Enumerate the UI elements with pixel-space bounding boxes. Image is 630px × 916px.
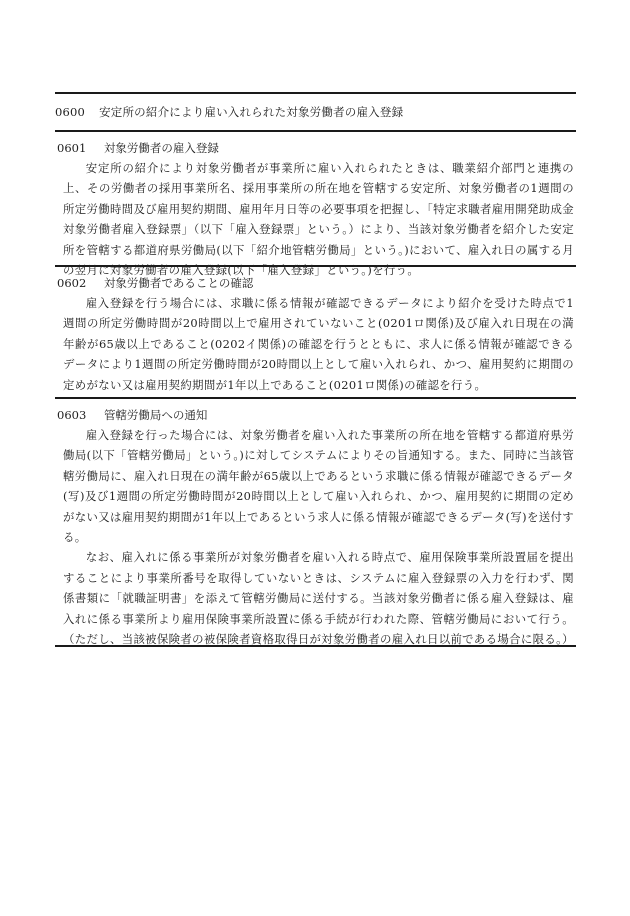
- section-0601: 0601 対象労働者の雇入登録 安定所の紹介により対象労働者が事業所に雇い入れら…: [55, 132, 576, 265]
- section-paragraph: 雇入登録を行う場合には、求職に係る情報が確認できるデータにより紹介を受けた時点で…: [55, 293, 576, 395]
- document-title: 0600 安定所の紹介により雇い入れられた対象労働者の雇入登録: [55, 94, 576, 130]
- section-heading: 0603 管轄労働局への通知: [55, 406, 576, 425]
- section-title: 対象労働者の雇入登録: [104, 141, 219, 155]
- section-code: 0601: [57, 141, 86, 155]
- section-title: 対象労働者であることの確認: [104, 276, 254, 290]
- section-paragraph: なお、雇入れに係る事業所が対象労働者を雇い入れる時点で、雇用保険事業所設置届を提…: [55, 547, 576, 649]
- title-code: 0600: [55, 105, 85, 119]
- section-title: 管轄労働局への通知: [104, 408, 208, 422]
- section-heading: 0601 対象労働者の雇入登録: [55, 139, 576, 158]
- section-paragraph: 雇入登録を行った場合には、対象労働者を雇い入れた事業所の所在地を管轄する都道府県…: [55, 425, 576, 547]
- section-code: 0603: [57, 408, 86, 422]
- document-page: 0600 安定所の紹介により雇い入れられた対象労働者の雇入登録 0601 対象労…: [55, 92, 576, 647]
- section-paragraph: 安定所の紹介により対象労働者が事業所に雇い入れられたときは、職業紹介部門と連携の…: [55, 158, 576, 280]
- section-0603: 0603 管轄労働局への通知 雇入登録を行った場合には、対象労働者を雇い入れた事…: [55, 399, 576, 645]
- section-code: 0602: [57, 276, 86, 290]
- title-text: 安定所の紹介により雇い入れられた対象労働者の雇入登録: [99, 104, 403, 120]
- section-0602: 0602 対象労働者であることの確認 雇入登録を行う場合には、求職に係る情報が確…: [55, 267, 576, 397]
